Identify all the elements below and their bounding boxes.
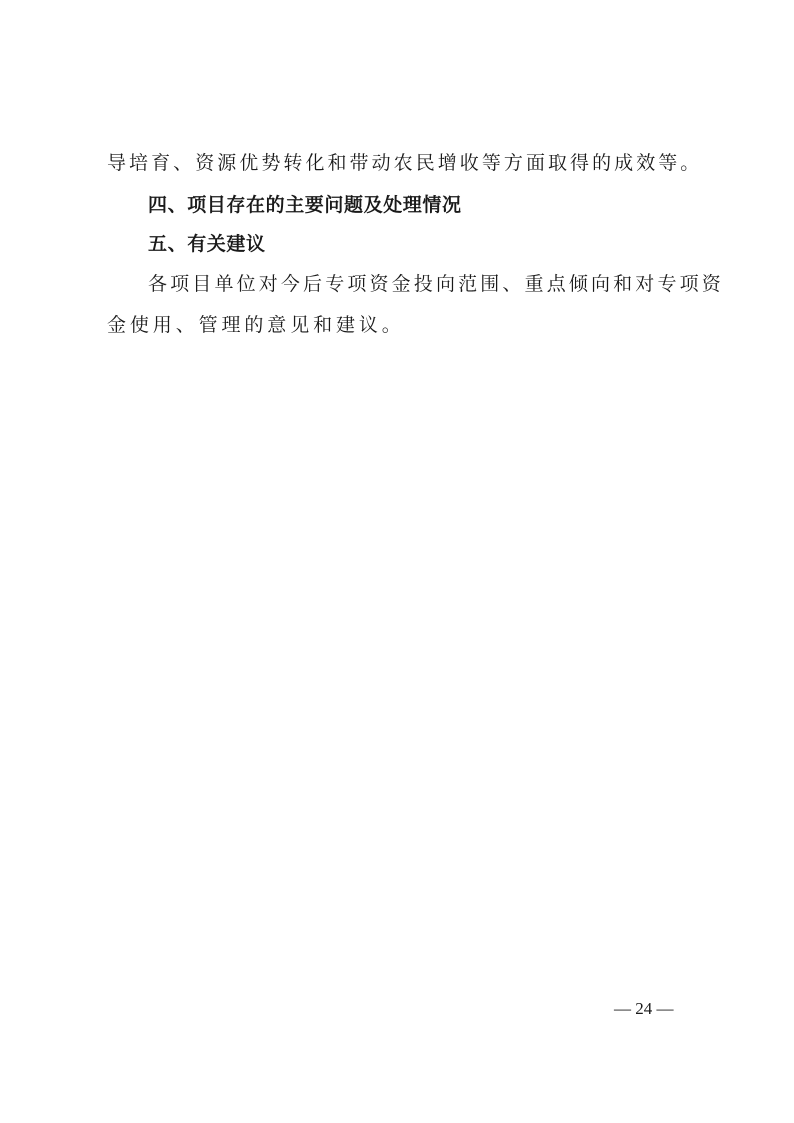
page-number: — 24 — [614, 998, 674, 1020]
body-paragraph-suggestions-line2: 金使用、管理的意见和建议。 [107, 313, 405, 337]
body-paragraph-suggestions-line1: 各项目单位对今后专项资金投向范围、重点倾向和对专项资 [148, 272, 724, 296]
section-heading-suggestions: 五、有关建议 [148, 232, 266, 256]
section-heading-problems: 四、项目存在的主要问题及处理情况 [148, 193, 462, 217]
body-paragraph-continuation: 导培育、资源优势转化和带动农民增收等方面取得的成效等。 [107, 151, 702, 175]
document-page: 导培育、资源优势转化和带动农民增收等方面取得的成效等。 四、项目存在的主要问题及… [0, 0, 794, 1123]
